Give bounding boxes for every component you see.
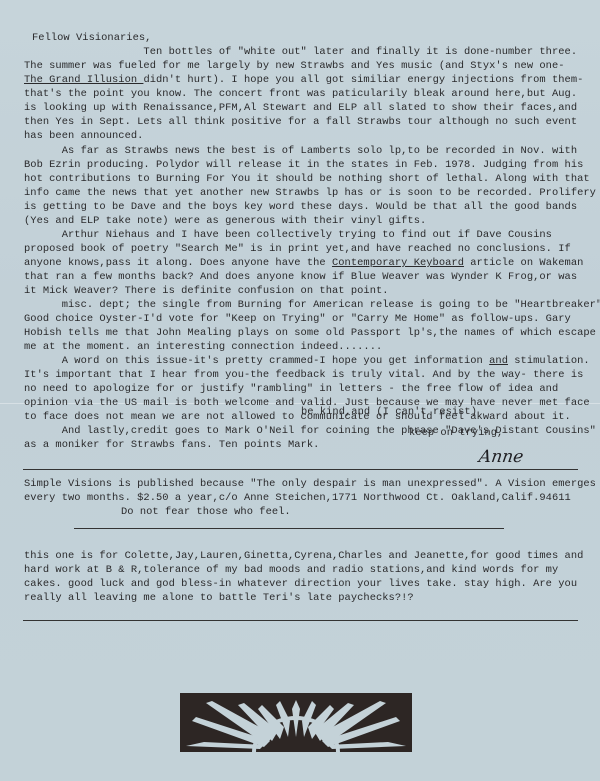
salutation: Fellow Visionaries, xyxy=(32,32,151,44)
letter-line: that ran a few months back? And does any… xyxy=(24,271,577,283)
emphasis-and: and xyxy=(489,355,508,367)
divider xyxy=(74,528,504,529)
letter-line: has been announced. xyxy=(24,130,143,142)
letter-line: me at the moment. an interesting connect… xyxy=(24,341,382,353)
newsletter-page: Fellow Visionaries, Ten bottles of "whit… xyxy=(0,0,600,781)
letter-text: stimulation. xyxy=(508,355,590,367)
letter-line: It's important that I hear from you-the … xyxy=(24,369,583,381)
letter-line: that's the point you know. The concert f… xyxy=(24,88,577,100)
colophon-line: every two months. $2.50 a year,c/o Anne … xyxy=(24,492,571,504)
letter-line: As far as Strawbs news the best is of La… xyxy=(24,145,577,157)
letter-text: article on Wakeman xyxy=(464,257,583,269)
letter-line: A word on this issue-it's pretty crammed… xyxy=(24,355,590,367)
album-title: The Grand Illusion xyxy=(24,74,143,86)
letter-line: anyone knows,pass it along. Does anyone … xyxy=(24,257,583,269)
letter-line: Arthur Niehaus and I have been collectiv… xyxy=(24,229,552,241)
rising-sun-icon xyxy=(180,693,412,752)
letter-line: no need to apologize for or justify "ram… xyxy=(24,383,558,395)
letter-line: is getting to be Dave and the boys key w… xyxy=(24,201,577,213)
closing-line-2: keep on trying, xyxy=(409,427,503,439)
letter-line: info came the news that yet another new … xyxy=(24,187,596,199)
dedication-line: cakes. good luck and god bless-in whatev… xyxy=(24,578,577,590)
magazine-title: Contemporary Keyboard xyxy=(332,257,464,269)
letter-line: Ten bottles of "white out" later and fin… xyxy=(24,46,577,58)
letter-text: A word on this issue-it's pretty crammed… xyxy=(24,355,489,367)
dedication-line: this one is for Colette,Jay,Lauren,Ginet… xyxy=(24,550,583,562)
dedication-line: hard work at B & R,tolerance of my bad m… xyxy=(24,564,558,576)
letter-line: it Mick Weaver? There is definite confus… xyxy=(24,285,389,297)
letter-line: And lastly,credit goes to Mark O'Neil fo… xyxy=(24,425,596,437)
dedication-line: really all leaving me alone to battle Te… xyxy=(24,592,414,604)
divider xyxy=(23,620,578,621)
letter-text: anyone knows,pass it along. Does anyone … xyxy=(24,257,332,269)
letter-line: proposed book of poetry "Search Me" is i… xyxy=(24,243,571,255)
letter-text: didn't hurt). I hope you all got similia… xyxy=(143,74,583,86)
letter-line: then Yes in Sept. Lets all think positiv… xyxy=(24,116,577,128)
letter-line: is looking up with Renaissance,PFM,Al St… xyxy=(24,102,577,114)
letter-line: to face does not mean we are not allowed… xyxy=(24,411,571,423)
letter-line: Good choice Oyster-I'd vote for "Keep on… xyxy=(24,313,571,325)
signature: Anne xyxy=(478,447,525,467)
motto: Do not fear those who feel. xyxy=(121,506,291,518)
colophon-line: Simple Visions is published because "The… xyxy=(24,478,596,490)
letter-line: (Yes and ELP take note) were as generous… xyxy=(24,215,426,227)
letter-line: misc. dept; the single from Burning for … xyxy=(24,299,600,311)
divider xyxy=(23,469,578,470)
letter-line: The Grand Illusion didn't hurt). I hope … xyxy=(24,74,583,86)
closing-line-1: be kind,and (I can't resist) xyxy=(301,406,477,418)
letter-line: Bob Ezrin producing. Polydor will releas… xyxy=(24,159,583,171)
letter-line: The summer was fueled for me largely by … xyxy=(24,60,565,72)
letter-line: hot contributions to Burning For You it … xyxy=(24,173,590,185)
letter-line: as a moniker for Strawbs fans. Ten point… xyxy=(24,439,319,451)
letter-line: Hobish tells me that John Mealing plays … xyxy=(24,327,596,339)
